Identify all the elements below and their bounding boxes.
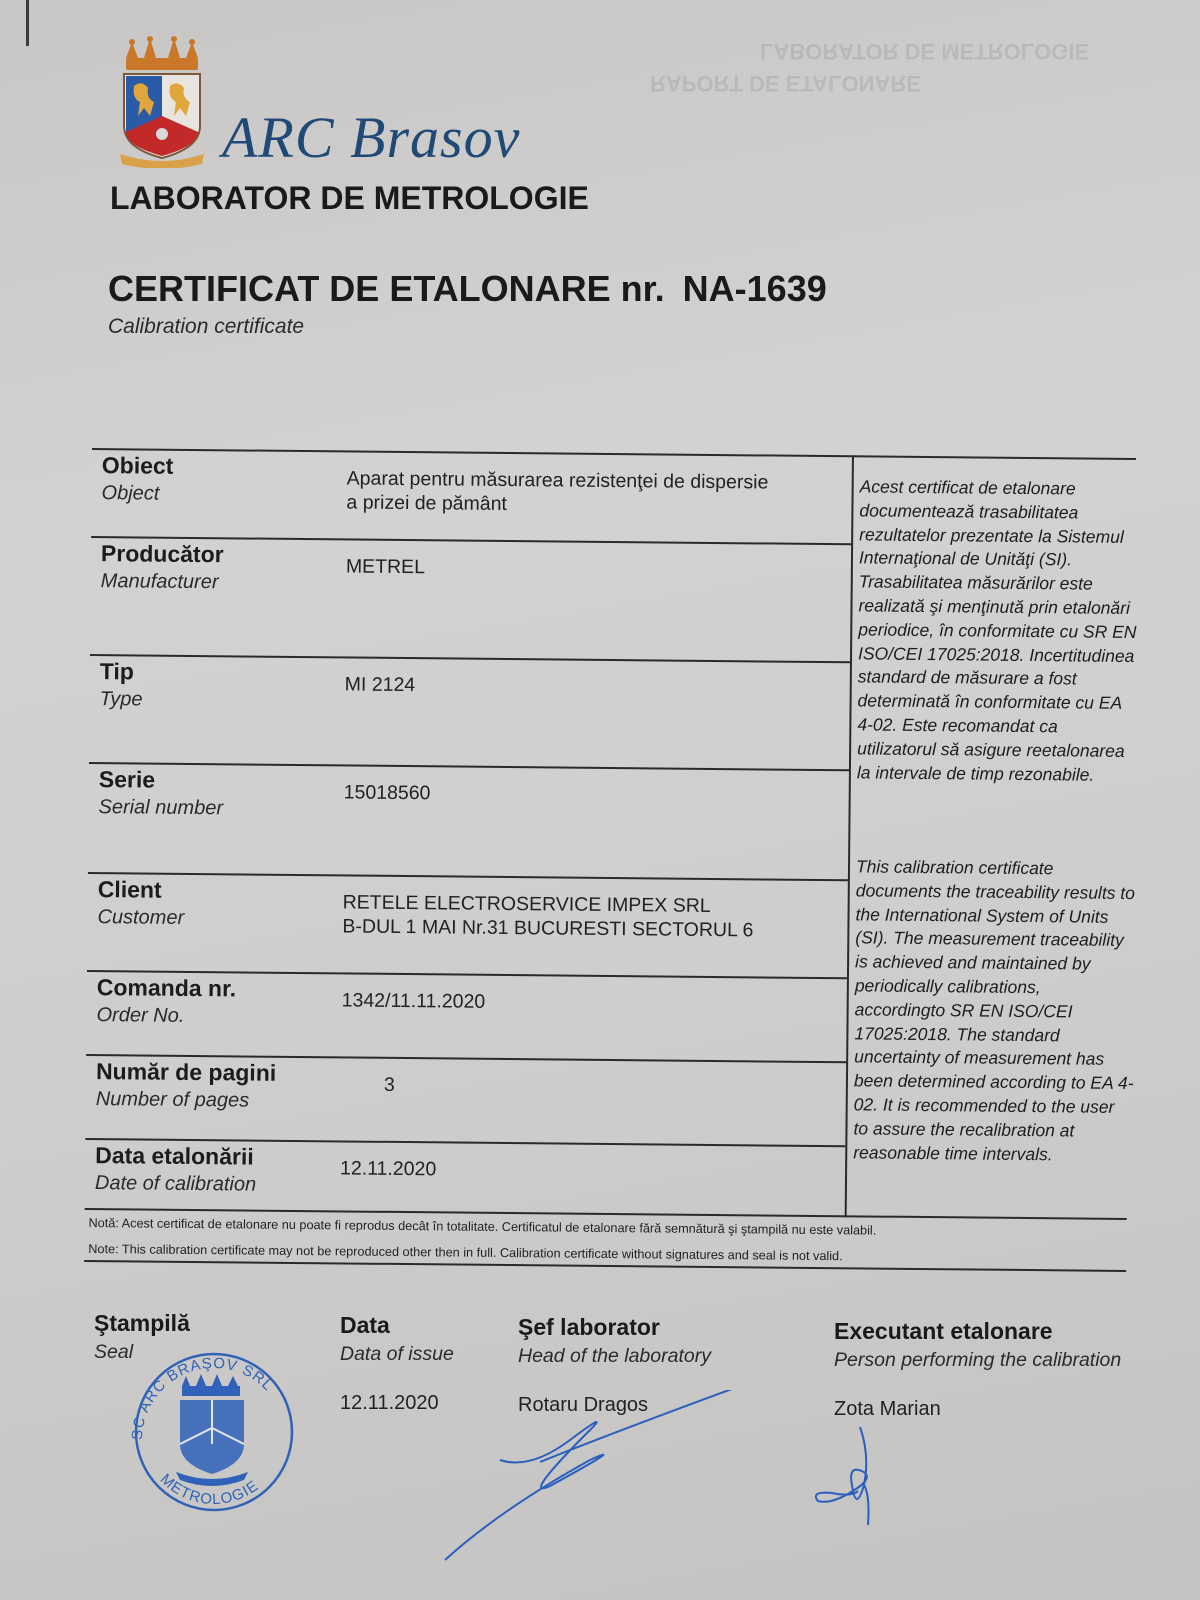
field-row-manufacturer: Producător Manufacturer METREL bbox=[90, 536, 851, 663]
field-value: 12.11.2020 bbox=[340, 1156, 436, 1181]
bleed-through-text: RAPORT DE ETALONARE bbox=[650, 70, 921, 96]
certificate-details-table: Obiect Object Aparat pentru măsurarea re… bbox=[84, 448, 1142, 1248]
field-row-object: Obiect Object Aparat pentru măsurarea re… bbox=[91, 448, 852, 545]
field-row-pages: Număr de pagini Number of pages 3 bbox=[85, 1054, 846, 1147]
field-label-en: Order No. bbox=[96, 1004, 184, 1028]
field-value: METREL bbox=[346, 554, 425, 579]
executant-name: Zota Marian bbox=[834, 1398, 1121, 1421]
certificate-subtitle: Calibration certificate bbox=[108, 315, 304, 339]
traceability-text-ro: Acest certificat de etalonare documentea… bbox=[857, 475, 1140, 787]
title-text: CERTIFICAT DE ETALONARE nr. bbox=[108, 268, 665, 309]
field-label: Data etalonării bbox=[95, 1142, 254, 1171]
field-row-customer: Client Customer RETELE ELECTROSERVICE IM… bbox=[87, 872, 848, 979]
field-label-en: Date of calibration bbox=[95, 1172, 256, 1197]
head-of-lab-signature-icon bbox=[440, 1390, 740, 1570]
field-value: RETELE ELECTROSERVICE IMPEX SRL B-DUL 1 … bbox=[342, 890, 753, 942]
field-value: 3 bbox=[384, 1073, 395, 1097]
seal-label: Ştampilă bbox=[94, 1310, 190, 1337]
bleed-through-text: LABORATOR DE METROLOGIE bbox=[760, 38, 1089, 64]
traceability-text-en: This calibration certificate documents t… bbox=[853, 855, 1136, 1167]
issue-date-label: Data bbox=[340, 1312, 454, 1339]
executant-block: Executant etalonare Person performing th… bbox=[834, 1318, 1121, 1421]
field-value: 15018560 bbox=[344, 780, 431, 805]
brand-name: ARC Brasov bbox=[222, 104, 520, 171]
executant-label: Executant etalonare bbox=[834, 1318, 1121, 1345]
field-label: Producător bbox=[101, 540, 224, 568]
coat-of-arms-logo-icon bbox=[112, 36, 212, 168]
head-of-lab-label: Şef laborator bbox=[518, 1314, 711, 1341]
field-value: Aparat pentru măsurarea rezistenţei de d… bbox=[346, 466, 768, 518]
issue-date-label-en: Data of issue bbox=[340, 1343, 454, 1366]
note-ro: Notă: Acest certificat de etalonare nu p… bbox=[88, 1216, 876, 1238]
field-label: Serie bbox=[99, 766, 156, 794]
executant-signature-icon bbox=[812, 1425, 902, 1535]
field-row-order: Comanda nr. Order No. 1342/11.11.2020 bbox=[86, 970, 847, 1063]
field-label: Obiect bbox=[102, 452, 174, 480]
value-line: a prizei de pământ bbox=[346, 490, 768, 518]
field-row-calibration-date: Data etalonării Date of calibration 12.1… bbox=[85, 1138, 846, 1217]
head-of-lab-label-en: Head of the laboratory bbox=[518, 1345, 711, 1368]
field-value: MI 2124 bbox=[345, 672, 416, 697]
field-value: 1342/11.11.2020 bbox=[342, 988, 486, 1013]
field-row-type: Tip Type MI 2124 bbox=[89, 654, 850, 771]
lab-name: LABORATOR DE METROLOGIE bbox=[110, 180, 589, 217]
field-label-en: Object bbox=[101, 482, 159, 506]
field-label-en: Type bbox=[99, 688, 142, 711]
certificate-number: NA-1639 bbox=[683, 268, 827, 309]
field-label: Număr de pagini bbox=[96, 1058, 276, 1087]
field-row-serial: Serie Serial number 15018560 bbox=[88, 762, 849, 881]
divider bbox=[84, 1260, 1126, 1272]
issue-date-value: 12.11.2020 bbox=[340, 1392, 454, 1415]
field-label: Comanda nr. bbox=[97, 974, 237, 1002]
certificate-page: LABORATOR DE METROLOGIE RAPORT DE ETALON… bbox=[0, 0, 1200, 1600]
certificate-title: CERTIFICAT DE ETALONARE nr.NA-1639 bbox=[108, 268, 827, 310]
official-stamp-icon: SC ARC BRAŞOV SRL METROLOGIE bbox=[120, 1340, 310, 1520]
note-en: Note: This calibration certificate may n… bbox=[88, 1242, 842, 1263]
value-line: B-DUL 1 MAI Nr.31 BUCURESTI SECTORUL 6 bbox=[342, 914, 753, 942]
field-label: Tip bbox=[100, 658, 134, 685]
field-label-en: Manufacturer bbox=[101, 570, 219, 594]
issue-date-block: Data Data of issue 12.11.2020 bbox=[340, 1312, 454, 1415]
field-label: Client bbox=[98, 876, 162, 904]
page-edge-mark bbox=[26, 0, 29, 46]
executant-label-en: Person performing the calibration bbox=[834, 1349, 1121, 1372]
traceability-statement: Acest certificat de etalonare documentea… bbox=[845, 455, 1136, 1220]
field-label-en: Serial number bbox=[98, 796, 223, 820]
field-label-en: Number of pages bbox=[96, 1088, 250, 1112]
field-label-en: Customer bbox=[97, 906, 184, 930]
